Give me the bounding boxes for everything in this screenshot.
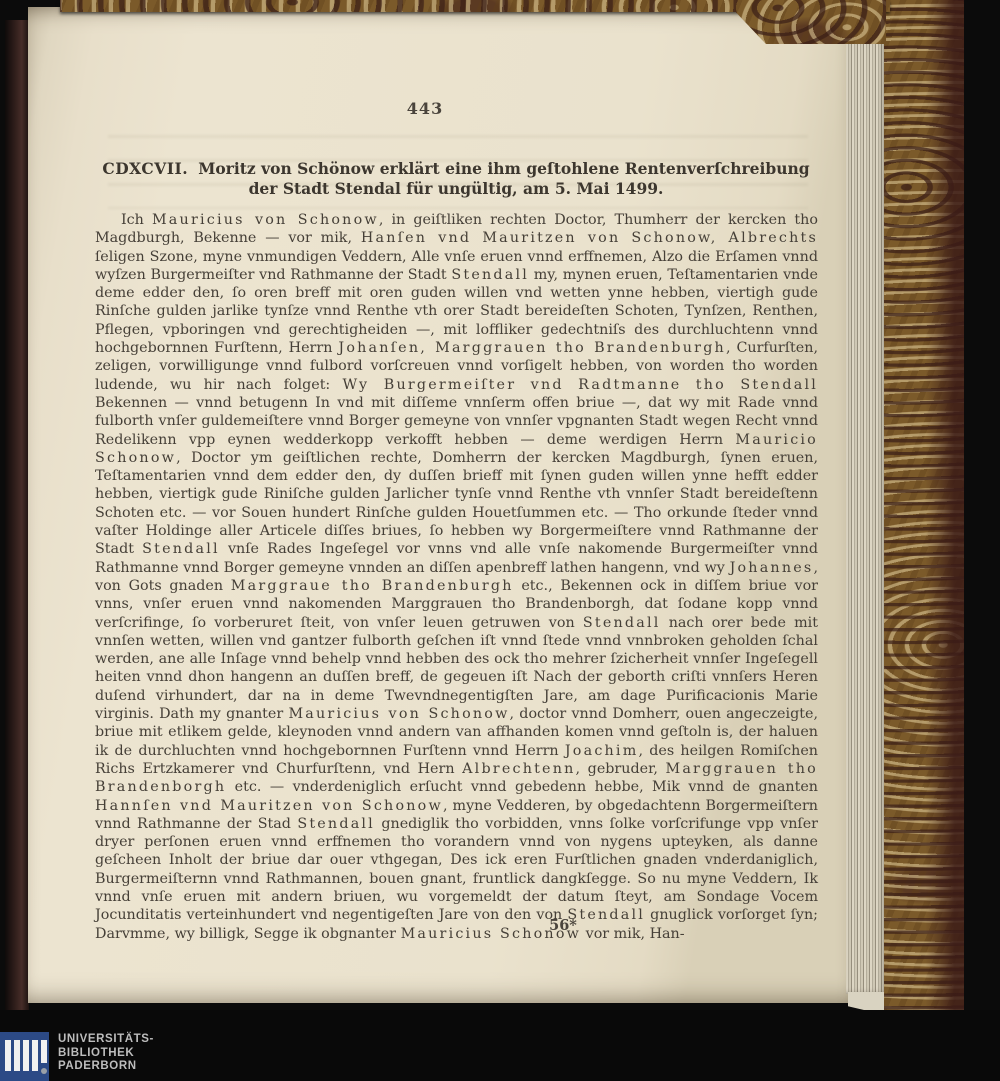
- marbled-endpaper: [884, 0, 964, 1040]
- spaced-name: Stendall: [451, 267, 529, 283]
- logo-bar-icon: [23, 1040, 29, 1071]
- library-name: UNIVERSITÄTS- BIBLIOTHEK PADERBORN: [58, 1033, 154, 1074]
- entry-numeral: CDXCVII.: [102, 159, 188, 178]
- spaced-name: Johanſen, Marggrauen tho Brandenburgh: [338, 340, 726, 356]
- body-segment: Ich: [121, 212, 152, 228]
- library-logo-icon: [0, 1032, 49, 1081]
- page-number: 443: [95, 99, 755, 118]
- spaced-name: Mauricius von Schonow: [288, 706, 509, 722]
- logo-bar-icon: [5, 1040, 11, 1071]
- spaced-name: Wy Burgermeiſter vnd Radtmanne tho Stend…: [342, 377, 818, 393]
- library-name-line3: PADERBORN: [58, 1060, 154, 1074]
- spaced-name: Hannſen vnd Mauritzen von Schonow: [95, 798, 443, 814]
- page-edge-stack: [846, 22, 888, 994]
- scan-background: 443 CDXCVII.Moritz von Schönow erklärt e…: [0, 0, 1000, 1081]
- spaced-name: Mauricius von Schonow: [152, 212, 379, 228]
- body-segment: Bekennen — vnnd betugenn In vnd mit diſſ…: [95, 395, 818, 448]
- entry-title: Moritz von Schönow erklärt eine ihm geſt…: [198, 159, 809, 198]
- logo-bar-icon: [14, 1040, 20, 1071]
- spaced-name: Stendall: [142, 541, 220, 557]
- spaced-name: Hanſen vnd Mauritzen von Schonow, Albrec…: [361, 230, 818, 246]
- body-segment: , gebruder,: [576, 761, 666, 777]
- logo-exclamation-icon: [41, 1040, 47, 1063]
- book-page: 443 CDXCVII.Moritz von Schönow erklärt e…: [28, 7, 848, 1003]
- spaced-name: Marggraue tho Brandenburgh: [231, 578, 514, 594]
- scan-footer: UNIVERSITÄTS- BIBLIOTHEK PADERBORN: [0, 1010, 1000, 1081]
- spaced-name: Joachim: [565, 743, 639, 759]
- library-name-line1: UNIVERSITÄTS-: [58, 1033, 154, 1047]
- printer-signature: 56*: [508, 917, 618, 934]
- body-segment: etc. — vnderdeniglich erſucht vnnd gebed…: [226, 779, 818, 795]
- spaced-name: Johannes: [730, 560, 814, 576]
- spaced-name: Stendall: [297, 816, 375, 832]
- spaced-name: Stendall: [583, 615, 661, 631]
- book-spine: [5, 20, 29, 1020]
- logo-bar-icon: [32, 1040, 38, 1071]
- cover-edge: [884, 0, 964, 1040]
- body-text: Ich Mauricius von Schonow, in geiſtliken…: [95, 211, 818, 943]
- library-name-line2: BIBLIOTHEK: [58, 1047, 154, 1061]
- spaced-name: Albrechtenn: [462, 761, 575, 777]
- entry-heading: CDXCVII.Moritz von Schönow erklärt eine …: [88, 159, 824, 199]
